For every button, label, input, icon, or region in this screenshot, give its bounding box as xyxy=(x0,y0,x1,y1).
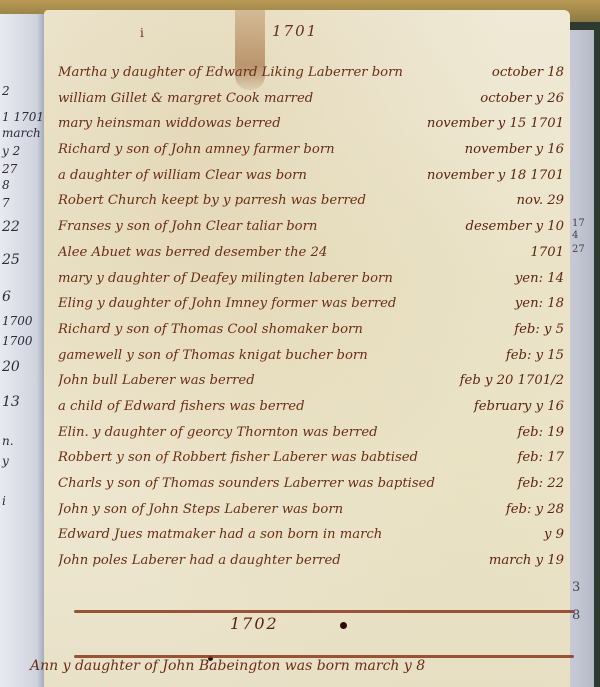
ink-blot xyxy=(340,622,347,629)
register-entry-last: Ann y daughter of John Babeington was bo… xyxy=(30,658,425,674)
register-entry: Richard y son of John amney farmer bornn… xyxy=(58,137,564,163)
entry-date: feb: y 5 xyxy=(514,317,564,343)
register-entry: a daughter of william Clear was bornnove… xyxy=(58,163,564,189)
underlying-page-right: 17 4 27 3 8 xyxy=(568,30,594,687)
register-entry: mary y daughter of Deafey milingten labe… xyxy=(58,266,564,292)
margin-note: 1700 xyxy=(2,314,33,328)
entry-date: yen: 18 xyxy=(515,291,564,317)
entry-date: y 9 xyxy=(544,522,564,548)
margin-note: 17 xyxy=(572,218,585,229)
underlying-page-left: 2 1 1701 march 2 y 2 27 8 7 22 25 6 1700… xyxy=(0,14,48,687)
register-page: i 1701 Martha y daughter of Edward Likin… xyxy=(44,10,570,687)
year-heading: 1701 xyxy=(272,22,318,40)
entry-date: march y 19 xyxy=(489,548,564,574)
register-entry: Martha y daughter of Edward Liking Laber… xyxy=(58,60,564,86)
register-entry: Franses y son of John Clear taliar bornd… xyxy=(58,214,564,240)
ruled-line xyxy=(74,610,574,613)
register-entry: a child of Edward fishers was berredfebr… xyxy=(58,394,564,420)
register-entry: william Gillet & margret Cook marredocto… xyxy=(58,86,564,112)
register-entry: Robbert y son of Robbert fisher Laberer … xyxy=(58,445,564,471)
year-heading-1702: 1702 xyxy=(230,614,279,633)
margin-note: 4 xyxy=(572,230,578,241)
entry-date: november y 16 xyxy=(465,137,564,163)
margin-note: 6 xyxy=(2,289,11,305)
entry-date: october y 26 xyxy=(480,86,564,112)
register-entries: Martha y daughter of Edward Liking Laber… xyxy=(58,60,564,574)
margin-note: 8 xyxy=(2,178,10,192)
entry-date: desember y 10 xyxy=(466,214,565,240)
margin-note: 25 xyxy=(2,252,20,268)
register-entry: Richard y son of Thomas Cool shomaker bo… xyxy=(58,317,564,343)
register-entry: mary heinsman widdowas berrednovember y … xyxy=(58,111,564,137)
margin-note: 20 xyxy=(2,359,20,375)
entry-date: october 18 xyxy=(492,60,564,86)
register-entry: Charls y son of Thomas sounders Laberrer… xyxy=(58,471,564,497)
register-entry: Eling y daughter of John Imney former wa… xyxy=(58,291,564,317)
margin-note: i xyxy=(2,494,6,508)
entry-date: november y 18 1701 xyxy=(427,163,564,189)
entry-date: feb: 22 xyxy=(517,471,564,497)
entry-date: november y 15 1701 xyxy=(427,111,564,137)
margin-note: 22 xyxy=(2,219,20,235)
register-entry: Elin. y daughter of georcy Thornton was … xyxy=(58,420,564,446)
register-entry: gamewell y son of Thomas knigat bucher b… xyxy=(58,343,564,369)
entry-date: feb: y 15 xyxy=(506,343,564,369)
entry-date: nov. 29 xyxy=(517,188,564,214)
register-entry: Robert Church keept by y parresh was ber… xyxy=(58,188,564,214)
margin-note: 3 xyxy=(572,580,580,595)
register-entry: John bull Laberer was berredfeb y 20 170… xyxy=(58,368,564,394)
page-mark: i xyxy=(140,26,144,40)
entry-date: feb: 17 xyxy=(517,445,564,471)
entry-date: 1701 xyxy=(530,240,564,266)
entry-date: february y 16 xyxy=(474,394,564,420)
margin-note: 1700 xyxy=(2,334,33,348)
margin-note: 27 xyxy=(572,244,585,255)
margin-note: y 2 xyxy=(2,144,20,158)
entry-date: feb y 20 1701/2 xyxy=(460,368,564,394)
margin-note: n. xyxy=(2,434,14,448)
register-entry: John y son of John Steps Laberer was bor… xyxy=(58,497,564,523)
entry-date: feb: y 28 xyxy=(506,497,564,523)
margin-note: 7 xyxy=(2,196,10,210)
margin-note: 2 xyxy=(2,84,10,98)
register-entry: Alee Abuet was berred desember the 24170… xyxy=(58,240,564,266)
margin-note: y xyxy=(2,454,9,468)
register-entry: Edward Jues matmaker had a son born in m… xyxy=(58,522,564,548)
register-entry: John poles Laberer had a daughter berred… xyxy=(58,548,564,574)
margin-note: 13 xyxy=(2,394,20,410)
margin-note: 27 xyxy=(2,162,17,176)
entry-date: yen: 14 xyxy=(515,266,564,292)
entry-date: feb: 19 xyxy=(517,420,564,446)
margin-note: 1 1701 xyxy=(2,110,44,124)
